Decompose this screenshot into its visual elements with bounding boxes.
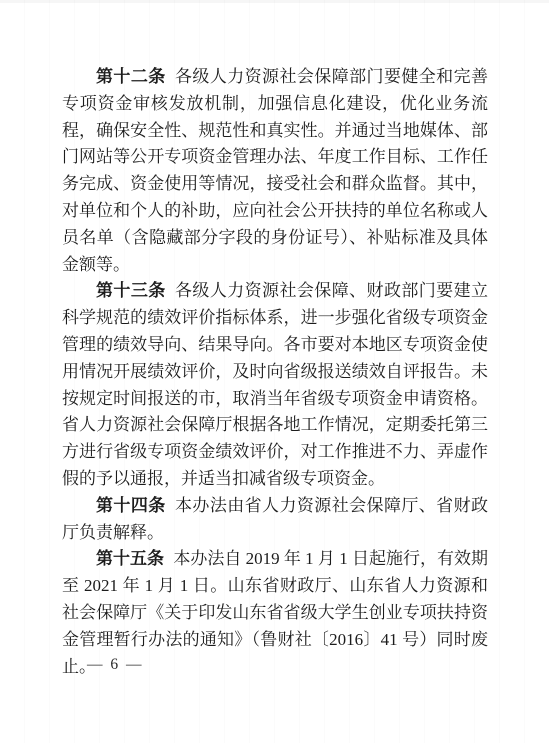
document-body: 第十二条各级人力资源社会保障部门要健全和完善专项资金审核发放机制，加强信息化建设…	[62, 64, 488, 680]
article-number: 第十四条	[96, 496, 166, 515]
page-number: — 6 —	[87, 656, 144, 674]
article-number: 第十二条	[96, 67, 166, 86]
article-number: 第十三条	[96, 281, 166, 300]
article-paragraph-14: 第十四条本办法由省人力资源社会保障厅、省财政厅负责解释。	[62, 493, 488, 547]
document-page: 第十二条各级人力资源社会保障部门要健全和完善专项资金审核发放机制，加强信息化建设…	[0, 0, 549, 743]
article-text: 各级人力资源社会保障部门要健全和完善专项资金审核发放机制，加强信息化建设，优化业…	[62, 67, 488, 274]
article-paragraph-12: 第十二条各级人力资源社会保障部门要健全和完善专项资金审核发放机制，加强信息化建设…	[62, 64, 488, 278]
article-number: 第十五条	[96, 549, 164, 568]
article-paragraph-13: 第十三条各级人力资源社会保障、财政部门要建立科学规范的绩效评价指标体系，进一步强…	[62, 278, 488, 492]
article-text: 各级人力资源社会保障、财政部门要建立科学规范的绩效评价指标体系，进一步强化省级专…	[62, 281, 488, 488]
scan-edge-artifact	[0, 0, 549, 3]
